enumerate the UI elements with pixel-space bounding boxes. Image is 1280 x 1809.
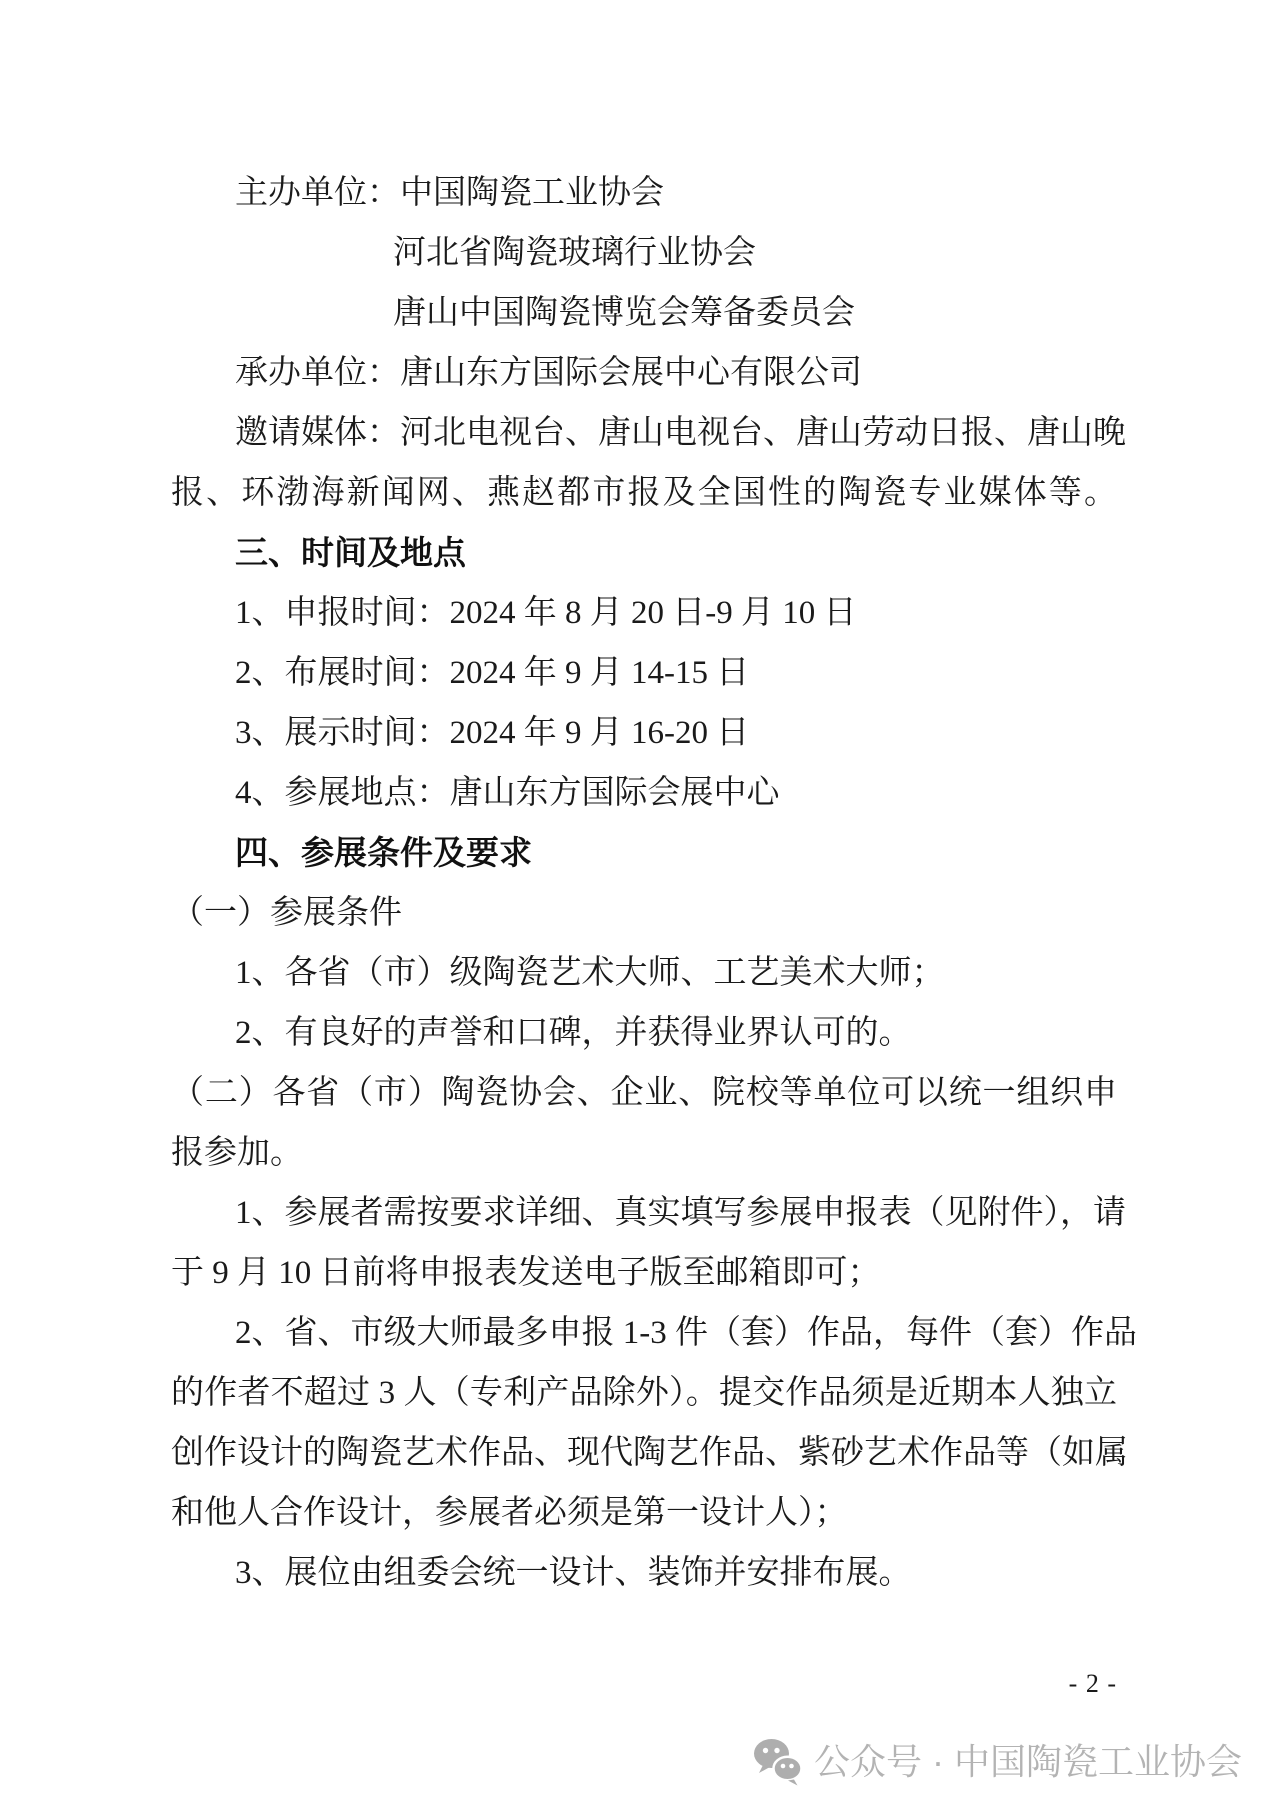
- doc-line-setup-time: 2、布展时间：2024 年 9 月 14-15 日: [171, 643, 1117, 703]
- doc-line-group-apply-2: 报参加。: [171, 1123, 1117, 1183]
- doc-line-host-org-2: 河北省陶瓷玻璃行业协会: [171, 223, 1117, 283]
- doc-subheading-condition: （一）参展条件: [171, 883, 1117, 943]
- document-body: 主办单位：中国陶瓷工业协会 河北省陶瓷玻璃行业协会 唐山中国陶瓷博览会筹备委员会…: [171, 163, 1117, 1603]
- doc-line-group-apply-1: （二）各省（市）陶瓷协会、企业、院校等单位可以统一组织申: [171, 1063, 1117, 1123]
- doc-line-require-3: 3、展位由组委会统一设计、装饰并安排布展。: [171, 1543, 1117, 1603]
- doc-line-require-1a: 1、参展者需按要求详细、真实填写参展申报表（见附件），请: [171, 1183, 1117, 1243]
- doc-line-apply-time: 1、申报时间：2024 年 8 月 20 日-9 月 10 日: [171, 583, 1117, 643]
- doc-line-host-label: 主办单位：中国陶瓷工业协会: [171, 163, 1117, 223]
- doc-line-require-1b: 于 9 月 10 日前将申报表发送电子版至邮箱即可；: [171, 1243, 1117, 1303]
- doc-line-require-2d: 和他人合作设计，参展者必须是第一设计人）；: [171, 1483, 1117, 1543]
- wechat-watermark: 公众号 · 中国陶瓷工业协会: [752, 1738, 1242, 1786]
- doc-line-require-2c: 创作设计的陶瓷艺术作品、现代陶艺作品、紫砂艺术作品等（如属: [171, 1423, 1117, 1483]
- wechat-icon: [752, 1738, 804, 1786]
- doc-line-host-org-3: 唐山中国陶瓷博览会筹备委员会: [171, 283, 1117, 343]
- doc-line-show-time: 3、展示时间：2024 年 9 月 16-20 日: [171, 703, 1117, 763]
- doc-line-condition-1: 1、各省（市）级陶瓷艺术大师、工艺美术大师；: [171, 943, 1117, 1003]
- doc-line-organizer: 承办单位：唐山东方国际会展中心有限公司: [171, 343, 1117, 403]
- doc-line-media-1: 邀请媒体：河北电视台、唐山电视台、唐山劳动日报、唐山晚: [171, 403, 1117, 463]
- doc-heading-section-4: 四、参展条件及要求: [171, 823, 1117, 883]
- page-number: - 2 -: [1069, 1671, 1117, 1697]
- doc-line-require-2b: 的作者不超过 3 人（专利产品除外）。提交作品须是近期本人独立: [171, 1363, 1117, 1423]
- doc-heading-section-3: 三、时间及地点: [171, 523, 1117, 583]
- doc-line-condition-2: 2、有良好的声誉和口碑，并获得业界认可的。: [171, 1003, 1117, 1063]
- doc-line-location: 4、参展地点：唐山东方国际会展中心: [171, 763, 1117, 823]
- document-page: 主办单位：中国陶瓷工业协会 河北省陶瓷玻璃行业协会 唐山中国陶瓷博览会筹备委员会…: [0, 0, 1280, 1809]
- doc-line-require-2a: 2、省、市级大师最多申报 1-3 件（套）作品，每件（套）作品: [171, 1303, 1117, 1363]
- watermark-text: 公众号 · 中国陶瓷工业协会: [814, 1739, 1242, 1785]
- doc-line-media-2: 报、环渤海新闻网、燕赵都市报及全国性的陶瓷专业媒体等。: [171, 463, 1117, 523]
